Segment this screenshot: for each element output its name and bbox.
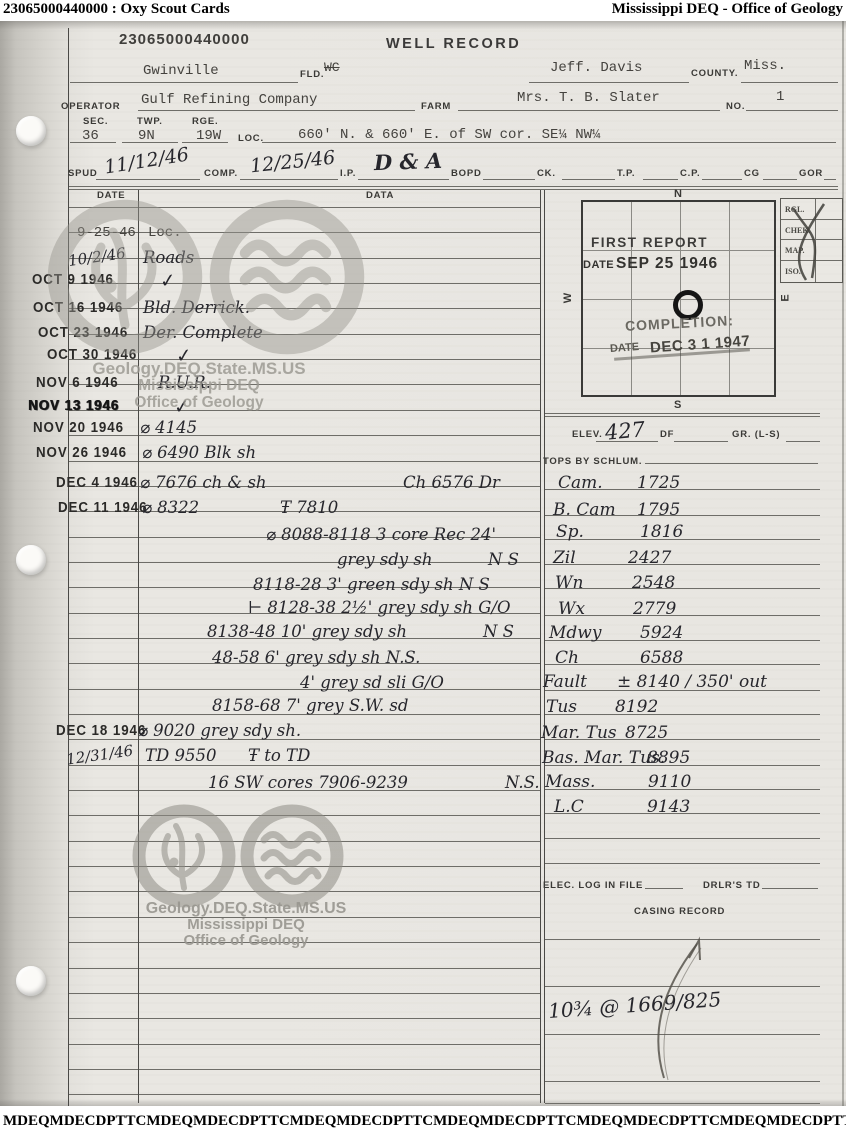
log-row-data: ⌀ 8322 [142, 498, 199, 517]
log-row-data: N S [488, 550, 519, 569]
rule-line [562, 179, 615, 180]
rule-line [545, 416, 820, 417]
log-row-data: 8118-28 3' green sdy sh N S [253, 575, 490, 594]
data-column-header: DATA [366, 190, 394, 201]
log-row-data: Der. Complete [143, 323, 263, 342]
footer-token: PTTC [823, 1113, 846, 1130]
rule-line [545, 1103, 820, 1104]
sec-value: 36 [82, 128, 99, 144]
footer-token: MDECD [480, 1113, 537, 1130]
column-divider-line [544, 190, 545, 1103]
log-row-data: 48-58 6' grey sdy sh N.S. [212, 648, 420, 667]
footer-token: MDEQ [290, 1113, 337, 1130]
tops-formation-name: Zil [553, 548, 576, 568]
log-row-date: NOV 13 1946 [28, 398, 119, 414]
tops-formation-depth: 8895 [647, 748, 690, 768]
check-table-row: MAP. [781, 240, 842, 261]
tops-formation-depth: 2548 [632, 573, 675, 593]
viewer-header: 23065000440000 : Oxy Scout Cards Mississ… [0, 0, 846, 21]
cp-label: C.P. [680, 168, 700, 179]
tops-formation-depth: 6588 [640, 648, 683, 668]
farm-value: Mrs. T. B. Slater [517, 90, 660, 106]
elev-gr-label: GR. (L-S) [732, 429, 780, 440]
rule-line [545, 564, 820, 565]
rule-line [545, 1081, 820, 1082]
footer-token: PTTC [680, 1113, 720, 1130]
first-report-stamp: FIRST REPORT [591, 235, 708, 250]
punch-hole-top [16, 116, 46, 146]
log-row-data: ⌀ 4145 [140, 418, 197, 437]
log-row-data: 16 SW cores 7906-9239 [208, 773, 408, 792]
tops-formation-depth: 1816 [640, 522, 683, 542]
column-divider-line [68, 28, 69, 1106]
twp-value: 9N [138, 128, 155, 144]
check-table-row: ISO. [781, 261, 842, 282]
log-row-data: Bld. Derrick. [143, 298, 250, 317]
tops-formation-depth: 2427 [628, 548, 671, 568]
comp-label: COMP. [204, 168, 238, 179]
check-table-divider [815, 199, 816, 282]
rule-line [545, 838, 820, 839]
well-no-label: NO. [726, 101, 745, 112]
log-row-data: grey sdy sh [337, 550, 432, 569]
tops-formation-name: Tus [546, 697, 577, 717]
rule-line [824, 179, 836, 180]
compass-south: S [674, 399, 681, 411]
gor-label: GOR [799, 168, 823, 179]
rule-line [702, 179, 742, 180]
log-row-data: 8158-68 7' grey S.W. sd [212, 696, 408, 715]
log-row-data: ✓ [159, 269, 177, 293]
check-table-row: CHEK. [781, 220, 842, 241]
compass-north: N [674, 188, 682, 200]
log-row-date: DEC 11 1946 [58, 500, 147, 516]
log-row-date: NOV 6 1946 [36, 375, 119, 391]
tops-formation-depth: 2779 [633, 599, 676, 619]
rule-line [483, 179, 535, 180]
rule-line [746, 110, 838, 111]
field-label: FLD. [300, 69, 324, 80]
footer-token: MDEQ [720, 1113, 767, 1130]
first-report-date-label: DATE [583, 259, 614, 271]
rule-line [70, 82, 298, 83]
log-row-date: OCT 30 1946 [47, 347, 137, 363]
log-row-data: TD 9550 [145, 746, 216, 765]
twp-label: TWP. [137, 116, 163, 127]
log-row-date: OCT 23 1946 [38, 325, 128, 341]
tops-formation-name: Mar. Tus [541, 723, 617, 743]
tops-formation-depth: 8725 [625, 723, 668, 743]
log-row-data: N.S. [505, 773, 540, 792]
state-value: Miss. [744, 58, 786, 74]
tops-formation-depth: 5924 [640, 623, 683, 643]
column-divider-line [138, 190, 139, 1103]
rule-line [762, 888, 818, 889]
tops-formation-depth: 1795 [637, 500, 680, 520]
county-value: Jeff. Davis [550, 60, 642, 76]
tops-formation-name: Mass. [545, 772, 595, 792]
rule-line [240, 179, 338, 180]
compass-east: E [780, 294, 792, 301]
rule-line [763, 179, 797, 180]
footer-token: MDEQ [433, 1113, 480, 1130]
viewer-footer: MDEQMDECDPTTCMDEQMDECDPTTCMDEQMDECDPTTCM… [0, 1106, 846, 1137]
log-row-data: ⌀ 9020 grey sdy sh. [138, 721, 301, 740]
rule-line [674, 441, 728, 442]
header-left-title: 23065000440000 : Oxy Scout Cards [0, 0, 233, 19]
tops-formation-depth: 9143 [647, 797, 690, 817]
well-serial-number: 23065000440000 [119, 31, 250, 48]
footer-token: MDEQ [576, 1113, 623, 1130]
elev-value: 427 [604, 417, 646, 444]
rule-line [458, 110, 720, 111]
tops-formation-name: Wn [555, 573, 583, 593]
field-name-value: Gwinville [143, 63, 219, 79]
log-row-data: ⌀ 7676 ch & sh [140, 473, 267, 492]
log-row-data: N S [483, 622, 514, 641]
tops-formation-depth: 1725 [637, 473, 680, 493]
completion-date-label: DATE [610, 341, 640, 355]
footer-token: MDECD [336, 1113, 393, 1130]
log-row-date: 9-25-46 [77, 225, 136, 241]
footer-token: PTTC [393, 1113, 433, 1130]
rule-line [358, 179, 449, 180]
footer-token: PTTC [106, 1113, 146, 1130]
rule-line [643, 179, 678, 180]
field-overstamp: WC [324, 60, 340, 75]
loc-label: LOC. [238, 133, 264, 144]
check-table-row: RGL. [781, 199, 842, 220]
log-row-date: NOV 20 1946 [33, 420, 124, 436]
tops-formation-name: Fault [543, 672, 587, 692]
tops-formation-name: Mdwy [549, 623, 601, 643]
tops-formation-name: Wx [558, 599, 585, 619]
tops-formation-depth: 9110 [648, 772, 691, 792]
tops-header: TOPS BY SCHLUM. [543, 456, 642, 467]
tops-formation-name: Sp. [556, 522, 584, 542]
loc-value: 660' N. & 660' E. of SW cor. SE¼ NW¼ [298, 127, 600, 143]
sec-label: SEC. [83, 116, 108, 127]
tops-formation-depth: ± 8140 / 350' out [617, 672, 767, 692]
log-row-data: ⊢ 8128-38 2½' grey sdy sh G/O [248, 598, 511, 617]
section-plat-map [581, 200, 776, 397]
date-column-header: DATE [97, 190, 125, 201]
operator-label: OPERATOR [61, 101, 120, 112]
log-row-date: OCT 9 1946 [32, 272, 114, 288]
tops-formation-depth: 8192 [615, 697, 658, 717]
punch-hole-bottom [16, 966, 46, 996]
scout-card-viewer: 23065000440000 : Oxy Scout Cards Mississ… [0, 0, 846, 1137]
county-label: COUNTY. [691, 68, 738, 79]
bopd-label: BOPD [451, 168, 482, 179]
casing-record-header: CASING RECORD [634, 906, 725, 917]
rule-line [545, 615, 820, 616]
log-row-data: Ŧ 7810 [280, 498, 338, 517]
tops-formation-name: Cam. [558, 473, 603, 493]
rule-line [741, 82, 838, 83]
drlrs-td-label: DRLR'S TD [703, 880, 760, 891]
footer-token: MDECD [623, 1113, 680, 1130]
log-row-data: Ŧ to TD [248, 746, 310, 765]
rule-line [96, 179, 200, 180]
rule-line [545, 588, 820, 589]
rule-line [786, 441, 820, 442]
paper-right-edge [842, 21, 844, 1106]
log-row-date: DEC 4 1946 [56, 475, 138, 491]
spud-label: SPUD [68, 168, 98, 179]
review-check-table: RGL.CHEK.MAP.ISO. [780, 198, 843, 283]
rule-line [545, 1034, 820, 1035]
elec-log-label: ELEC. LOG IN FILE [543, 880, 643, 891]
rule-line [545, 413, 820, 414]
rge-value: 19W [196, 128, 221, 144]
footer-token: MDEQ [146, 1113, 193, 1130]
elev-df-label: DF [660, 429, 674, 440]
ip-value: D & A [374, 148, 443, 175]
cg-label: CG [744, 168, 760, 179]
tops-formation-name: B. Cam [553, 500, 616, 520]
log-row-data: ✓ [173, 395, 191, 419]
log-row-data: Loc. [148, 225, 182, 241]
rule-line [545, 986, 820, 987]
rule-line [529, 82, 689, 83]
footer-token: PTTC [536, 1113, 576, 1130]
log-row-date: OCT 16 1946 [33, 300, 123, 316]
rule-line [545, 939, 820, 940]
log-row-data: ⌀ 6490 Blk sh [142, 443, 256, 462]
footer-token: MDECD [50, 1113, 107, 1130]
log-row-data: 8138-48 10' grey sdy sh [207, 622, 407, 641]
log-row-data: Ch 6576 Dr [403, 473, 500, 492]
rule-line [68, 186, 838, 187]
rule-line [645, 463, 818, 464]
log-row-date: DEC 18 1946 [56, 723, 146, 739]
tops-formation-name: L.C [554, 797, 584, 817]
footer-token: MDEQ [3, 1113, 50, 1130]
log-row-date: NOV 26 1946 [36, 445, 127, 461]
rule-line [68, 189, 838, 190]
well-no-value: 1 [776, 89, 784, 105]
footer-token: PTTC [250, 1113, 290, 1130]
log-row-data: R.U.R. [158, 373, 211, 392]
punch-hole-middle [16, 545, 46, 575]
map-gridline [583, 250, 774, 251]
header-right-title: Mississippi DEQ - Office of Geology [609, 0, 846, 19]
rge-label: RGE. [192, 116, 218, 127]
rule-line [545, 714, 820, 715]
rule-line [645, 888, 683, 889]
footer-token: MDECD [766, 1113, 823, 1130]
footer-token: MDECD [193, 1113, 250, 1130]
farm-label: FARM [421, 101, 451, 112]
rule-line [138, 110, 415, 111]
log-row-data: ⌀ 8088-8118 3 core Rec 24' [266, 525, 496, 544]
elev-label: ELEV. [572, 429, 603, 440]
operator-value: Gulf Refining Company [141, 92, 317, 108]
log-row-data: 4' grey sd sli G/O [300, 673, 444, 692]
first-report-date: SEP 25 1946 [616, 255, 718, 273]
rule-line [545, 863, 820, 864]
ip-label: I.P. [340, 168, 356, 179]
log-row-data: ✓ [175, 344, 193, 368]
ck-label: CK. [537, 168, 556, 179]
column-divider-line [540, 190, 541, 1103]
compass-west: W [562, 293, 574, 303]
log-row-data: Roads [143, 248, 194, 267]
form-title: WELL RECORD [386, 36, 521, 52]
tp-label: T.P. [617, 168, 635, 179]
tops-formation-name: Ch [555, 648, 579, 668]
